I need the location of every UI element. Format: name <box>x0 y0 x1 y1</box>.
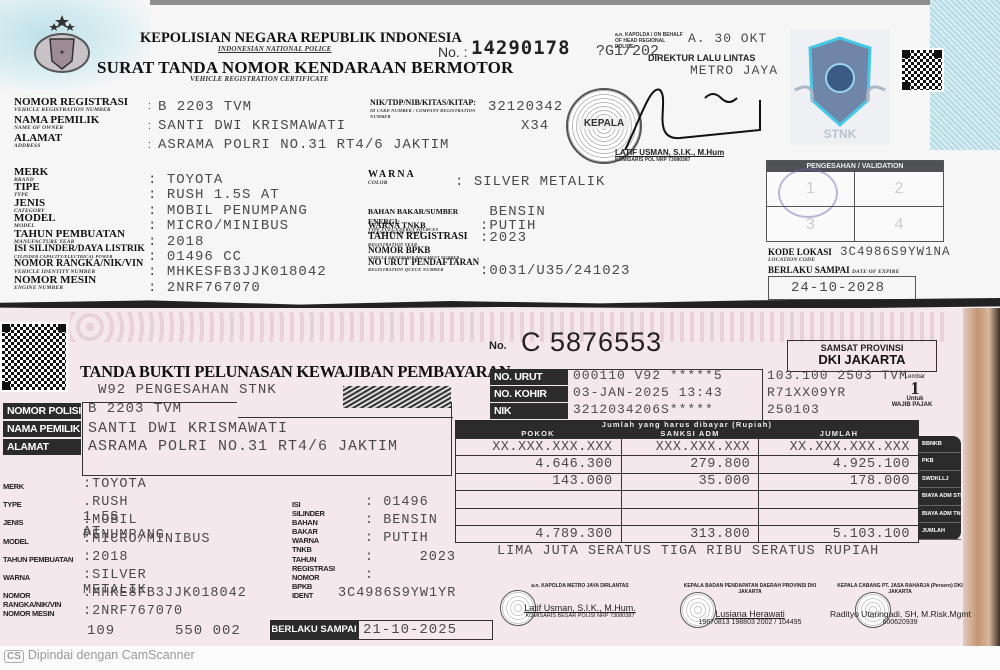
brand-value: : TOYOTA <box>148 172 327 187</box>
payment-cell: 35.000 <box>621 473 759 490</box>
vehicle-field-value: 3C4986S9YW1YR <box>338 586 456 601</box>
qr-code-icon <box>0 322 68 392</box>
payment-cell <box>456 491 622 508</box>
expiry-label: BERLAKU SAMPAI <box>270 620 358 640</box>
nik-label: NIK/TDP/NIB/KITAS/KITAP: ID CARD NUMBER … <box>370 98 485 120</box>
payment-cell <box>621 508 759 525</box>
torn-edge <box>150 0 930 5</box>
label-text: NOMOR MESIN <box>14 274 96 286</box>
vehicle-field-label: WARNA <box>3 573 83 582</box>
vehicle-field-value: :2NRF767070 <box>83 604 183 619</box>
value-text: 2018 <box>167 234 205 250</box>
engine-number-label: NOMOR MESINENGINE NUMBER <box>14 275 154 290</box>
signer-name: Radityo Utaringadi, SH, M.Risk.Mgmt <box>830 609 970 619</box>
label-en: LOCATION CODE <box>768 257 832 263</box>
label-text: TAHUN PEMBUATAN <box>14 228 125 240</box>
payment-cell: 178.000 <box>759 473 919 490</box>
payment-header: Jumlah yang harus dibayar (Rupiah) POKOK… <box>455 420 919 438</box>
payment-columns: POKOK SANKSI ADM JUMLAH <box>455 429 919 438</box>
qr-code-icon <box>900 48 944 92</box>
document-title-en: VEHICLE REGISTRATION CERTIFICATE <box>190 75 329 83</box>
validation-stamp <box>778 168 838 218</box>
signature-block-police: a.n. KAPOLDA METRO JAYA DIRLANTAS Latif … <box>520 583 640 619</box>
svg-text:STNK: STNK <box>824 127 857 141</box>
payment-cell <box>759 508 919 525</box>
type-label: TIPETYPE <box>14 182 154 197</box>
label-text: ISI SILINDER/DAYA LISTRIK <box>14 244 145 254</box>
signer-name: Lusiana Herawati <box>680 609 820 619</box>
vehicle-field-value: : PUTIH <box>365 531 429 546</box>
column-pokok: POKOK <box>455 429 621 438</box>
value-text: TOYOTA <box>167 172 223 188</box>
manufacture-year-label: TAHUN PEMBUATANMANUFACTURE YEAR <box>14 229 154 244</box>
vehicle-field-label: MODEL <box>3 537 83 546</box>
director-date: A. 30 OKT <box>688 31 767 46</box>
agency-name-en: INDONESIAN NATIONAL POLICE <box>218 45 331 53</box>
vehicle-field-value: : 2023 <box>365 550 456 565</box>
payment-header-title: Jumlah yang harus dibayar (Rupiah) <box>455 420 919 429</box>
payment-row-label: BBNKB <box>919 436 961 453</box>
queue-label: NO URUT PENDAFTARANREGISTRATION QUEUE NU… <box>368 257 488 270</box>
payment-row-labels: BBNKBPKBSWDKLLJBIAYA ADM STNKBIAYA ADM T… <box>919 436 961 540</box>
vin-label: NOMOR RANGKA/NIK/VINVEHICLE IDENTITY NUM… <box>14 259 154 274</box>
address-label: ALAMAT ADDRESS <box>14 133 62 149</box>
payment-row-label: BIAYA ADM TNKB <box>919 506 961 523</box>
payment-row-label: JUMLAH <box>919 523 961 540</box>
label-text: TAHUN REGISTRASI <box>368 231 468 242</box>
queue-value: :0031/U35/241023 <box>480 256 630 269</box>
vehicle-field-label: IDENT <box>292 591 313 600</box>
receipt-number-label: No. <box>489 340 507 352</box>
signer-name: Latif Usman, S.I.K., M.Hum. <box>520 603 640 613</box>
value-text: RUSH 1.5S AT <box>167 187 280 203</box>
label-text: NIK/TDP/NIB/KITAS/KITAP: <box>370 98 476 107</box>
engine-number-value: : 2NRF767070 <box>148 280 327 295</box>
owner-name-label: NAMA PEMILIK NAME OF OWNER <box>14 115 99 131</box>
colon: : <box>148 100 151 112</box>
code-b: 550 002 <box>175 623 241 639</box>
payment-cell: 4.646.300 <box>456 456 622 473</box>
location-code-value: 3C4986S9YW1NA <box>840 245 951 259</box>
spacer <box>680 595 820 609</box>
reg-year-label: TAHUN REGISTRASIREGISTRATION YEAR <box>368 232 488 245</box>
director-name: LATIF USMAN, S.I.K., M.Hum <box>615 148 724 157</box>
validation-cell: 2 <box>855 172 943 207</box>
payment-row: 143.00035.000178.000 <box>456 473 919 490</box>
signer-role: KEPALA BADAN PENDAPATAN DAERAH PROVINSI … <box>680 583 820 595</box>
label-text: NOMOR BPKB <box>368 245 430 255</box>
value-text: 2023 <box>489 230 527 246</box>
nik-value: 3212034206S***** <box>573 402 714 417</box>
vehicle-field-value: : BENSIN <box>365 513 438 528</box>
manufacture-year-value: : 2018 <box>148 234 327 249</box>
payment-cell: XXX.XXX.XXX <box>621 439 759 456</box>
value-text: SILVER METALIK <box>474 174 606 190</box>
payment-cell <box>621 491 759 508</box>
reg-year-value: :2023 <box>480 231 630 244</box>
nik-value-2: X34 <box>521 118 549 134</box>
brand-label: MERKBRAND <box>14 167 154 182</box>
police-number-label: NOMOR POLISI <box>3 403 81 419</box>
value-text: MHKESFB3JJK018042 <box>167 264 327 280</box>
payment-cell <box>456 508 622 525</box>
model-label: MODELMODEL <box>14 213 154 228</box>
copy-line3: WAJIB PAJAK <box>889 402 935 408</box>
address-value: ASRAMA POLRI NO.31 RT4/6 JAKTIM <box>88 438 398 455</box>
receipt-number: C 5876553 <box>521 327 662 358</box>
label-text: NO URUT PENDAFTARAN <box>368 257 479 267</box>
label-text: WARNA <box>368 169 416 180</box>
copy-label: Lembar 1 Untuk WAJIB PAJAK <box>895 374 935 408</box>
no-kohir-value: 03-JAN-2025 13:43 <box>573 385 723 400</box>
colon: : <box>148 139 151 151</box>
amount-in-words: LIMA JUTA SERATUS TIGA RIBU SERATUS RUPI… <box>497 544 937 560</box>
value-text: 0031/U35/241023 <box>489 263 630 279</box>
no-urut-value: 000110 V92 *****5 <box>573 368 723 383</box>
copy-number: 1 <box>895 380 935 396</box>
signature-block-bapenda: KEPALA BADAN PENDAPATAN DAERAH PROVINSI … <box>680 583 820 626</box>
no-urut-extra: 103.100 2503 TVM <box>767 368 908 383</box>
vehicle-field-value: : 01496 <box>365 495 429 510</box>
vehicle-field-value: :2018 <box>83 550 129 565</box>
payment-row <box>456 491 919 508</box>
owner-name-value: SANTI DWI KRISMAWATI <box>88 420 288 437</box>
label-text: NOMOR RANGKA/NIK/VIN <box>14 258 143 269</box>
vehicle-values-left: : TOYOTA : RUSH 1.5S AT : MOBIL PENUMPAN… <box>148 172 327 295</box>
payment-cell: XX.XXX.XXX.XXX <box>456 439 622 456</box>
category-label: JENISCATEGORY <box>14 198 154 213</box>
payment-table: XX.XXX.XXX.XXXXXX.XXX.XXXXX.XXX.XXX.XXX4… <box>455 438 919 543</box>
receipt-subtitle: W92 PENGESAHAN STNK <box>98 382 277 398</box>
payment-row-label: PKB <box>919 453 961 470</box>
watermark-text: Dipindai dengan CamScanner <box>28 648 195 662</box>
hologram-emblem-icon: STNK <box>790 30 890 145</box>
nik-value: 32120342 <box>488 99 563 115</box>
model-value: : MICRO/MINIBUS <box>148 218 327 233</box>
payment-row <box>456 508 919 525</box>
payment-cell: 279.800 <box>621 456 759 473</box>
receipt-title: TANDA BUKTI PELUNASAN KEWAJIBAN PEMBAYAR… <box>80 362 511 382</box>
label-en: REGISTRATION QUEUE NUMBER <box>368 267 488 273</box>
reg-number-value: B 2203 TVM <box>158 99 252 115</box>
no-kohir-extra: R71XX09YR <box>767 385 846 400</box>
vehicle-field-value: : <box>365 568 374 583</box>
police-emblem-icon: ✦ <box>32 15 92 73</box>
value-text: MICRO/MINIBUS <box>167 218 289 234</box>
signer-role: a.n. KAPOLDA METRO JAYA DIRLANTAS <box>520 583 640 589</box>
signer-nip: 19670813 198803 2002 / 104495 <box>680 619 820 626</box>
label-en: VEHICLE REGISTRATION NUMBER <box>14 107 128 113</box>
vehicle-field-label: NOMOR MESIN <box>3 609 83 618</box>
payment-row: 4.646.300279.8004.925.100 <box>456 456 919 473</box>
director-title: DIREKTUR LALU LINTAS <box>648 53 755 63</box>
payment-row: XX.XXX.XXX.XXXXXX.XXX.XXXXX.XXX.XXX.XXX <box>456 439 919 456</box>
payment-cell: 143.000 <box>456 473 622 490</box>
color-label: WARNACOLOR <box>368 170 416 186</box>
vehicle-field-value: :MICRO/MINIBUS <box>83 532 210 547</box>
director-nrp: KOMISARIS POL NRP 73080387 <box>615 157 690 163</box>
vehicle-field-value: :TOYOTA <box>83 477 147 492</box>
nik-extra: 250103 <box>767 402 820 417</box>
vehicle-field-label: NOMOR RANGKA/NIK/VIN <box>3 591 83 609</box>
vehicle-field-label: ISI SILINDER <box>292 500 325 518</box>
spacer <box>830 595 970 609</box>
expiry-label: BERLAKU SAMPAI DATE OF EXPIRE <box>768 265 899 275</box>
camscanner-icon: CS <box>4 650 24 663</box>
vehicle-field-label: TYPE <box>3 500 83 509</box>
label-text: KODE LOKASI <box>768 247 832 257</box>
no-urut-label: NO. URUT <box>490 369 568 385</box>
payment-cell: XX.XXX.XXX.XXX <box>759 439 919 456</box>
vehicle-labels-right: BAHAN BAKAR/SUMBER ENERGI:TYPE FUEL/ENER… <box>368 207 488 270</box>
owner-name-label: NAMA PEMILIK <box>3 421 81 437</box>
label-en: ID CARD NUMBER / COMPANY REGISTRATION NU… <box>370 108 485 120</box>
address-label: ALAMAT <box>3 439 81 455</box>
vehicle-values-right: BENSIN :PUTIH :2023 :0031/U35/241023 <box>480 206 630 269</box>
vehicle-labels-left: MERKBRAND TIPETYPE JENISCATEGORY MODELMO… <box>14 167 154 290</box>
colon: : <box>148 120 151 132</box>
vin-value: : MHKESFB3JJK018042 <box>148 264 327 279</box>
vehicle-field-value: :MHKE8FB3JJK018042 <box>83 586 247 601</box>
payment-cell: 4.789.300 <box>456 525 622 542</box>
payment-cell: 313.800 <box>621 525 759 542</box>
location-code-label: KODE LOKASILOCATION CODE <box>768 247 832 263</box>
cylinder-value: : 01496 CC <box>148 249 327 264</box>
divider <box>238 417 453 418</box>
scanner-watermark: CSDipindai dengan CamScanner <box>4 648 195 663</box>
color-value: : SILVER METALIK <box>455 174 605 190</box>
value-text: 01496 CC <box>167 249 242 265</box>
expiry-value: 24-10-2028 <box>768 276 916 300</box>
owner-name-value: SANTI DWI KRISMAWATI <box>158 118 346 134</box>
vehicle-field-label: MERK <box>3 482 83 491</box>
column-jumlah: JUMLAH <box>759 429 919 438</box>
label-text: JENIS <box>14 197 45 209</box>
no-kohir-label: NO. KOHIR <box>490 386 568 402</box>
address-value: ASRAMA POLRI NO.31 RT4/6 JAKTIM <box>158 137 449 153</box>
director-region: METRO JAYA <box>690 63 778 78</box>
code-a: 109 <box>87 623 115 639</box>
payment-cell <box>759 491 919 508</box>
signer-nip: KOMISARIS BESAR POLISI NRP 73080387 <box>520 613 640 619</box>
label-en: DATE OF EXPIRE <box>852 269 900 275</box>
vehicle-field-label: WARNA TNKB <box>292 536 319 554</box>
vehicle-field-label: NOMOR BPKB <box>292 573 319 591</box>
vehicle-field-label: TAHUN REGISTRASI <box>292 555 335 573</box>
cylinder-label: ISI SILINDER/DAYA LISTRIKCYLINDER CAPACI… <box>14 244 154 259</box>
doc-number: 14290178 <box>471 37 571 59</box>
label-text: BERLAKU SAMPAI <box>768 265 850 275</box>
payment-cell: 5.103.100 <box>759 525 919 542</box>
bpkb-label: NOMOR BPKBVEHICLE OWNERSHIP DOCUMENT NUM… <box>368 245 488 258</box>
label-en: COLOR <box>368 180 416 186</box>
director-on-behalf: a.n. KAPOLDA / ON BEHALF OF HEAD REGIONA… <box>615 32 685 50</box>
vehicle-field-label: TAHUN PEMBUATAN <box>3 555 83 564</box>
type-value: : RUSH 1.5S AT <box>148 187 327 202</box>
expiry-value: 21-10-2025 <box>358 620 493 640</box>
spacer <box>520 589 640 603</box>
signer-nip: 600620939 <box>830 619 970 626</box>
svg-text:✦: ✦ <box>59 48 66 57</box>
signer-role: KEPALA CABANG PT. JASA RAHARJA (Persero)… <box>830 583 970 595</box>
payment-row-label: BIAYA ADM STNK <box>919 488 961 505</box>
vehicle-field-label: JENIS <box>3 518 83 527</box>
payment-row: 4.789.300313.8005.103.100 <box>456 525 919 542</box>
value-text: MOBIL PENUMPANG <box>167 203 308 219</box>
label-text: WARNA TNKB <box>368 220 426 230</box>
vehicle-field-label: BAHAN BAKAR <box>292 518 318 536</box>
doc-number-label: No. : <box>438 44 468 60</box>
column-sanksi: SANKSI ADM <box>621 429 759 438</box>
reg-number-label: NOMOR REGISTRASI VEHICLE REGISTRATION NU… <box>14 97 128 113</box>
security-pattern <box>70 312 950 342</box>
payment-row-label: SWDKLLJ <box>919 471 961 488</box>
police-number-value: B 2203 TVM <box>88 401 182 417</box>
fuel-label: BAHAN BAKAR/SUMBER ENERGI:TYPE FUEL/ENER… <box>368 207 488 220</box>
nik-label: NIK <box>490 403 568 419</box>
payment-cell: 4.925.100 <box>759 456 919 473</box>
validation-cell: 4 <box>855 207 943 242</box>
value-text: 2NRF767070 <box>167 280 261 296</box>
category-value: : MOBIL PENUMPANG <box>148 203 327 218</box>
samsat-line2: DKI JAKARTA <box>788 353 936 367</box>
signature-block-jasaraharja: KEPALA CABANG PT. JASA RAHARJA (Persero)… <box>830 583 970 626</box>
